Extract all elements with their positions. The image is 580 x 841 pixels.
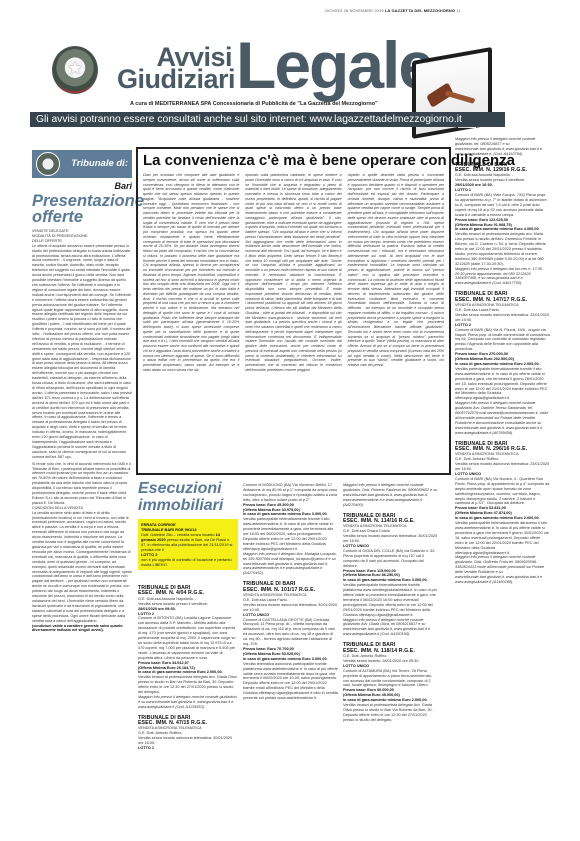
article-column-2: riportato sulla planimetria catastale, l…	[245, 173, 341, 373]
listing-info: Vendita partecipabile telematicamente at…	[455, 521, 550, 555]
masthead: ★ Avvisi Giudiziari Legale A cura di MED…	[0, 22, 580, 112]
errata-text: non è più oggetto di contratto di locazi…	[141, 557, 232, 567]
italian-republic-emblem-icon: ★	[52, 46, 98, 94]
listing-description: Comune di BITONTO (BA) Località Lagone C…	[138, 616, 238, 660]
listing: TRIBUNALE DI BARI ESEC. IMM. N. 147/17 R…	[455, 292, 550, 435]
listing-more-info: Maggiori info presso il delegato nonché …	[455, 555, 550, 584]
body-paragraph: La vendita avviene nello stato di fatto …	[32, 511, 132, 624]
listing-description: Comune di ALTAMURA (BA) Via Tevere, 26 P…	[343, 669, 438, 689]
listing-description: Comune di GIOIA DEL COLLE (BA) via Gotta…	[343, 549, 438, 569]
listing: TRIBUNALE DI BARI ESEC. IMM. N. 47/15 R.…	[138, 716, 238, 751]
listing-more-info: Maggiori info presso il delegato nonché …	[138, 695, 238, 710]
listing-description: Comune di CASTELLANA GROTTE (BA) Contrad…	[243, 618, 338, 647]
listing-lot: LOTTO 1	[138, 746, 238, 751]
listing-column-4: Maggiori info presso il delegato nonché …	[455, 125, 550, 585]
body-paragraph: Si rende noto che, in virtù di accordo i…	[32, 462, 132, 506]
masthead-title-small: Avvisi Giudiziari	[117, 46, 232, 90]
listing-more-info: Maggiori info presso il delegato nonché …	[343, 618, 438, 638]
page-number: 11	[456, 8, 460, 13]
title-giudiziari: Giudiziari	[117, 68, 232, 90]
website-banner: Gli avvisi potranno essere consultati an…	[30, 112, 505, 127]
dateline-paper: LA GAZZETTA DEL MEZZOGIORNO	[385, 8, 455, 13]
closing-note: (condizioni valide a carattere generale …	[32, 624, 123, 633]
listing-column-1: TRIBUNALE DI BARI ESEC. IMM. N. 4/04 R.G…	[138, 580, 238, 751]
listing-date: Vendita senza incanto asincrona telemati…	[455, 462, 550, 472]
listing-raise: in caso di gara aumento minimo Euro 3.00…	[243, 657, 338, 662]
listing-date: Vendita senza incanto asincrona telemati…	[455, 313, 550, 323]
tribunale-label: Tribunale di:	[71, 158, 128, 169]
listing: TRIBUNALE DI BARI ESEC. IMM. N. 114/16 R…	[343, 514, 438, 638]
listing: TRIBUNALE DI BARI ESEC. IMM. N. 4/04 R.G…	[138, 586, 238, 710]
listing-more-info: Maggiori info presso il delegato nonché …	[343, 483, 438, 508]
listing-description: Comune di MODUGNO (BA) Via Vincenzo Bell…	[243, 483, 338, 503]
listing-column-2: Comune di MODUGNO (BA) Via Vincenzo Bell…	[243, 483, 338, 701]
emblem-icon	[36, 152, 60, 176]
listing: TRIBUNALE DI BARI ESEC. IMM. N. 296/16 R…	[455, 442, 550, 585]
listing-date: Vendita senza incanto asincrona telemati…	[243, 603, 338, 613]
listing-column-3: Maggiori info presso il delegato nonché …	[343, 483, 438, 723]
listing-more-info: Maggiori info presso il delegato dal lun…	[455, 267, 550, 287]
listing-info: Vendita telematica asincrona partecipabi…	[243, 662, 338, 701]
listing-more-info: Maggiori info presso il delegato Avv. Ma…	[243, 552, 338, 577]
presentazione-text: VENDITE DELEGATE MODALITÀ DI PRESENTAZIO…	[32, 229, 132, 633]
errata-corrige-box: ERRATA CORRIGE TRIBUNALE BARI RGE 991/14…	[138, 519, 238, 570]
listing-info: Vendita innanzi al professionista delega…	[138, 675, 238, 695]
listing-description: Comune di BARI (BA) Via Novara, 4 - Quar…	[455, 477, 550, 506]
title-line: immobiliari	[138, 497, 223, 514]
esecuzioni-title: Esecuzioni immobiliari	[138, 480, 223, 514]
listing-date: Vendita senza incanto asincrona telemati…	[343, 534, 438, 544]
feature-article: La convenienza c'è ma è bene operare con…	[136, 147, 451, 475]
tribunale-city: Bari	[32, 181, 132, 191]
article-column-1: Dato per scontato che comprare alle aste…	[143, 173, 239, 373]
article-column-3: rispetto a quelle descritte dalla perizi…	[348, 173, 444, 373]
listing-description: Comune di BARI (BA) Via N. Pizzoli, 19/A…	[455, 328, 550, 353]
listing-info: Vendita innanzi al professionista delega…	[455, 232, 550, 266]
listing-description: Comune di BARI (BA) Viale Europa, 73/Q P…	[455, 193, 550, 218]
left-column: Tribunale di: Bari Presentazione offerte…	[32, 150, 132, 633]
listing-more-info: Maggiori info presso il delegato nonché …	[455, 137, 550, 157]
dateline-date: GIOVEDÌ 28 NOVEMBRE 2019	[325, 8, 384, 13]
listing-more-info: Maggiori info presso il delegato nonché …	[455, 401, 550, 435]
tribunale-header: Tribunale di:	[32, 150, 132, 178]
body-paragraph: Le offerte di acquisto dovranno essere p…	[32, 244, 132, 460]
listing: TRIBUNALE DI BARI ESEC. IMM. N. 101/17 R…	[243, 582, 338, 701]
masthead-title-big: Legale	[236, 36, 433, 94]
dateline: GIOVEDÌ 28 NOVEMBRE 2019 LA GAZZETTA DEL…	[325, 8, 461, 13]
title-line: Esecuzioni	[138, 480, 223, 497]
listing: TRIBUNALE DI BARI ESEC. IMM. N. 129/16 R…	[455, 163, 550, 287]
masthead-subtitle: A cura di MEDITERRANEA SPA Concessionari…	[130, 101, 378, 107]
listing-info: Vendita innanzi al professionista delega…	[343, 703, 438, 723]
listing-info: Vendita partecipabile telematicamente tr…	[455, 367, 550, 401]
listing: TRIBUNALE DI BARI ESEC. IMM. N. 118/14 R…	[343, 643, 438, 723]
article-headline: La convenienza c'è ma è bene operare con…	[143, 152, 444, 169]
listing-date: Vendita senza incanto asincrona telemati…	[138, 736, 238, 746]
listing-info: Vendita partecipabile telematicamente tr…	[343, 583, 438, 617]
listing-info: Vendita partecipabile telematicamente tr…	[243, 517, 338, 551]
section-title: Presentazione offerte	[32, 193, 132, 225]
